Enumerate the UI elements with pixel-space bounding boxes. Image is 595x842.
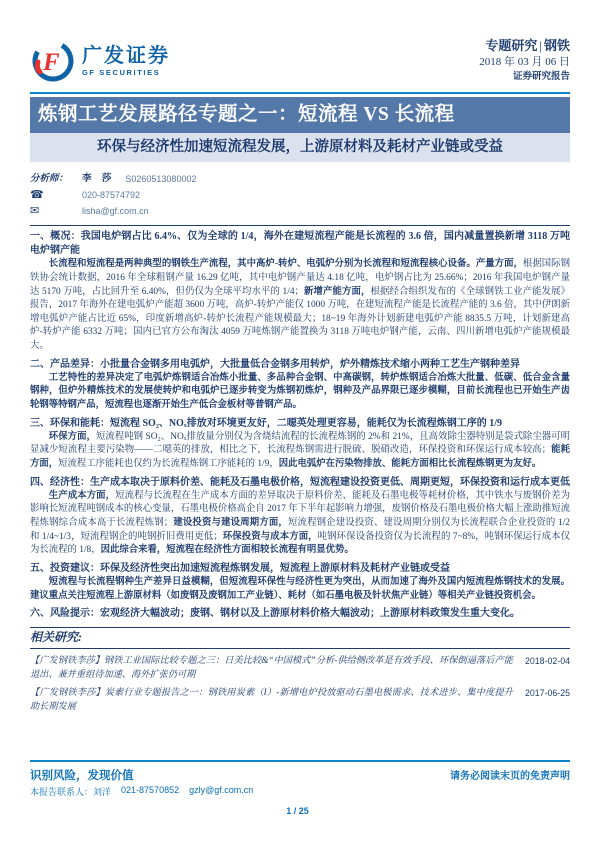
section-heading: 五、投资建议：环保及经济性突出加速短流程炼钢发展，短流程上游原材料及耗材产业链或… [30, 562, 570, 576]
footer-disclaimer: 请务必阅读末页的免责声明 [450, 767, 570, 782]
report-sections: 一、概况：我国电炉钢占比 6.4%、仅为全球的 1/4，海外在建短流程产能是长流… [30, 230, 570, 621]
gf-logo: F 广发证券 GF SECURITIES [30, 38, 170, 84]
text-run: 短流程与长流程钢种生产差异日益模糊，但短流程环保性与经济性更为突出，从而加速了海… [30, 577, 570, 601]
text-run: 建设投资与建设周期方面， [173, 518, 288, 528]
phone-icon: ☎ [30, 187, 82, 203]
footer-slogan: 识别风险，发现价值 [30, 767, 134, 783]
footer-contact-row: 本报告联系人：刘洋 021-87570852 gzly@gf.com.cn [30, 785, 253, 798]
analyst-block: 分析师： 李 莎 S0260513080002 ☎ 020-87574792 ✉… [30, 171, 570, 219]
svg-text:F: F [42, 49, 60, 76]
brand-name-en: GF SECURITIES [82, 69, 170, 77]
analyst-cert-no: S0260513080002 [125, 171, 196, 187]
related-item: 【广发钢铁李莎】炭素行业专题报告之一：钢铁用炭素（I）-新增电炉投放驱动石墨电极… [30, 686, 570, 713]
contact-name: 刘洋 [93, 787, 111, 797]
analyst-label: 分析师： [30, 171, 82, 187]
footer-slogan-row: 识别风险，发现价值 请务必阅读末页的免责声明 [30, 767, 570, 783]
text-run: 环保方面， [49, 432, 96, 442]
related-item-date: 2018-02-04 [525, 654, 570, 681]
analyst-name-row: 分析师： 李 莎 S0260513080002 [30, 171, 570, 187]
related-item-title: 【广发钢铁李莎】钢铁工业国际比较专题之三：日美比较&“中国模式”分析-供给侧改革… [30, 654, 525, 681]
doc-label: 证券研究报告 [479, 72, 570, 84]
contact-email: gzly@gf.com.cn [189, 785, 253, 798]
text-run: 长流程和短流程是两种典型的钢铁生产流程，其中高炉-转炉、电弧炉分别为长流程和短流… [49, 259, 523, 269]
related-item-date: 2017-06-25 [525, 686, 570, 713]
analyst-email-row: ✉ lisha@gf.com.cn [30, 203, 570, 219]
section-heading: 一、概况：我国电炉钢占比 6.4%、仅为全球的 1/4，海外在建短流程产能是长流… [30, 230, 570, 258]
analyst-name: 李 莎 [82, 171, 115, 187]
section-heading: 四、经济性：生产成本取决于原料价差、能耗及石墨电极价格，短流程建设投资更低、周期… [30, 476, 570, 490]
section-heading: 三、环保和能耗：短流程 SO₂、NOₓ排放对环境更友好，二噁英处理更容易，能耗仅… [30, 417, 570, 431]
brand-name-cn: 广发证券 [82, 46, 170, 66]
report-subtitle-strip: 环保与经济性加速短流程发展，上游原材料及耗材产业链或受益 [30, 133, 570, 162]
header-divider-line [30, 92, 570, 94]
report-title-banner: 炼钢工艺发展路径专题之一：短流程 VS 长流程 [30, 97, 570, 133]
analyst-phone: 020-87574792 [82, 187, 140, 203]
text-run: 生产成本方面， [49, 491, 115, 501]
section-paragraph: 短流程与长流程钢种生产差异日益模糊，但短流程环保性与经济性更为突出，从而加速了海… [30, 576, 570, 603]
gf-logo-text: 广发证券 GF SECURITIES [82, 46, 170, 77]
gf-logo-icon: F [30, 38, 76, 84]
report-type-line: 专题研究|钢铁 [479, 38, 570, 54]
analyst-email: lisha@gf.com.cn [82, 203, 149, 219]
text-run: 新增产能方面， [304, 287, 371, 297]
report-date: 2018 年 03 月 06 日 [479, 56, 570, 70]
section-paragraph: 生产成本方面，短流程与长流程在生产成本方面的差异取决于原料价差、能耗及石墨电极等… [30, 490, 570, 558]
report-header: F 广发证券 GF SECURITIES 专题研究|钢铁 2018 年 03 月… [30, 38, 570, 88]
sector-label: 钢铁 [544, 38, 570, 53]
related-item: 【广发钢铁李莎】钢铁工业国际比较专题之三：日美比较&“中国模式”分析-供给侧改革… [30, 654, 570, 681]
related-heading-rule [30, 648, 570, 649]
report-page: F 广发证券 GF SECURITIES 专题研究|钢铁 2018 年 03 月… [0, 0, 595, 842]
page-number: 1 / 25 [0, 806, 595, 816]
section-paragraph: 环保方面，短流程吨钢 SO₂、NOₓ排放量分别仅为含烧结流程的长流程炼钢的 2%… [30, 431, 570, 472]
related-research-block: 相关研究: 【广发钢铁李莎】钢铁工业国际比较专题之三：日美比较&“中国模式”分析… [30, 627, 570, 713]
divider: | [537, 38, 544, 53]
text-run: 短流程吨钢 SO₂、NOₓ排放量分别仅为含烧结流程的长流程炼钢的 2%和 21%… [30, 432, 570, 456]
section-heading: 二、产品差异：小批量合金钢多用电弧炉，大批量低合金钢多用转炉，炉外精炼技术缩小两… [30, 358, 570, 372]
summary-top-rule [30, 225, 570, 226]
related-item-title: 【广发钢铁李莎】炭素行业专题报告之一：钢铁用炭素（I）-新增电炉投放驱动石墨电极… [30, 686, 525, 713]
section-heading: 六、风险提示：宏观经济大幅波动；废钢、钢材以及上游原材料价格大幅波动；上游原材料… [30, 607, 570, 621]
section-paragraph: 长流程和短流程是两种典型的钢铁生产流程，其中高炉-转炉、电弧炉分别为长流程和短流… [30, 258, 570, 353]
section-paragraph: 工艺特性的差异决定了电弧炉炼钢适合冶炼小批量、多品种合金钢、中高碳钢，转炉炼钢适… [30, 372, 570, 413]
email-icon: ✉ [30, 203, 82, 219]
text-run: 短流程工序能耗也仅约为长流程炼钢工序能耗的 1/9， [58, 459, 279, 469]
text-run: 工艺特性的差异决定了电弧炉炼钢适合冶炼小批量、多品种合金钢、中高碳钢，转炉炼钢适… [30, 373, 570, 410]
header-meta: 专题研究|钢铁 2018 年 03 月 06 日 证券研究报告 [479, 38, 570, 84]
report-type: 专题研究 [485, 38, 537, 53]
related-items: 【广发钢铁李莎】钢铁工业国际比较专题之三：日美比较&“中国模式”分析-供给侧改革… [30, 654, 570, 713]
text-run: 因此电弧炉在污染物排放、能耗方面相比长流程炼钢更为友好。 [279, 459, 542, 469]
footer-divider-line [30, 760, 570, 762]
analyst-phone-row: ☎ 020-87574792 [30, 187, 570, 203]
text-run: 环保投资与成本方面， [223, 532, 318, 542]
contact-label: 本报告联系人：刘洋 [30, 785, 111, 798]
contact-phone: 021-87570852 [121, 785, 179, 798]
related-research-heading: 相关研究: [30, 628, 570, 647]
text-run: 因此综合来看，短流程在经济性方面相较长流程有明显优势。 [101, 545, 354, 555]
